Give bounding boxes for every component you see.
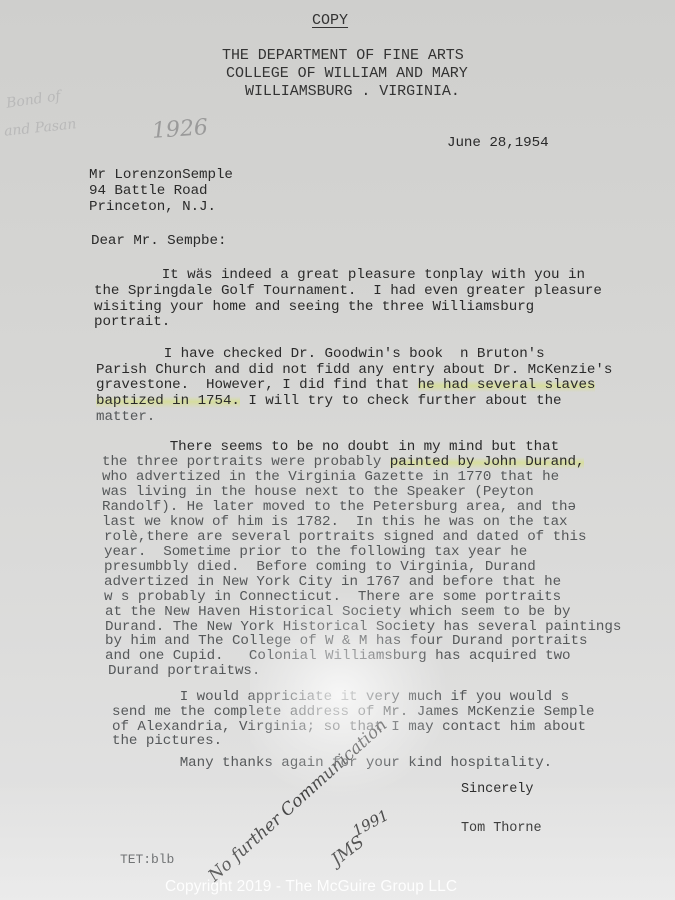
- paragraph-4-line: the pictures.: [112, 734, 222, 750]
- highlighted-text: painted by John Durand,: [390, 454, 585, 470]
- salutation: Dear Mr. Sempbe:: [91, 234, 226, 250]
- recipient-name: Mr LorenzonSemple: [89, 168, 233, 184]
- paragraph-3-line: Durand portraitws.: [108, 664, 260, 680]
- copy-label: COPY: [312, 12, 348, 29]
- paragraph-2-line: matter.: [96, 410, 155, 426]
- paragraph-2-text: I will try to check further about the: [240, 393, 562, 409]
- reference-initials: TET:blb: [120, 852, 174, 868]
- handwritten-note-line-1: No further Communication: [205, 715, 392, 886]
- paragraph-1-line: It wäs indeed a great pleasure tonplay w…: [94, 268, 585, 284]
- highlighted-text: he had several slaves: [418, 377, 596, 393]
- paragraph-1-line: portrait.: [94, 315, 170, 331]
- paragraph-2-line: baptized in 1754. I will try to check fu…: [96, 394, 562, 410]
- letterhead-line-3: WILLIAMSBURG . VIRGINIA.: [245, 84, 460, 100]
- handwritten-note-initials: JMS: [328, 832, 369, 870]
- signature-name: Tom Thorne: [461, 821, 542, 837]
- letterhead-line-2: COLLEGE OF WILLIAM AND MARY: [226, 66, 468, 82]
- valediction: Sincerely: [461, 782, 533, 798]
- recipient-city: Princeton, N.J.: [89, 200, 216, 216]
- pencil-note-faint-1: Bond of: [5, 88, 61, 111]
- paragraph-3-text: the three portraits were probably: [102, 454, 390, 470]
- letter-page: COPY THE DEPARTMENT OF FINE ARTS COLLEGE…: [0, 0, 675, 900]
- pencil-note-year: 1926: [151, 115, 209, 144]
- recipient-street: 94 Battle Road: [89, 184, 208, 200]
- paragraph-2-line: gravestone. However, I did find that he …: [96, 378, 595, 394]
- copyright-watermark: Copyright 2019 - The McGuire Group LLC: [165, 878, 457, 896]
- paragraph-2-line: I have checked Dr. Goodwin's book n Brut…: [96, 347, 545, 363]
- pencil-note-faint-2: and Pasan: [3, 116, 77, 139]
- letter-date: June 28,1954: [447, 136, 549, 152]
- paragraph-2-text: gravestone. However, I did find that: [96, 377, 418, 393]
- paragraph-1-line: the Springdale Golf Tournament. I had ev…: [94, 284, 602, 300]
- letterhead-line-1: THE DEPARTMENT OF FINE ARTS: [222, 48, 464, 64]
- highlighted-text: baptized in 1754.: [96, 393, 240, 409]
